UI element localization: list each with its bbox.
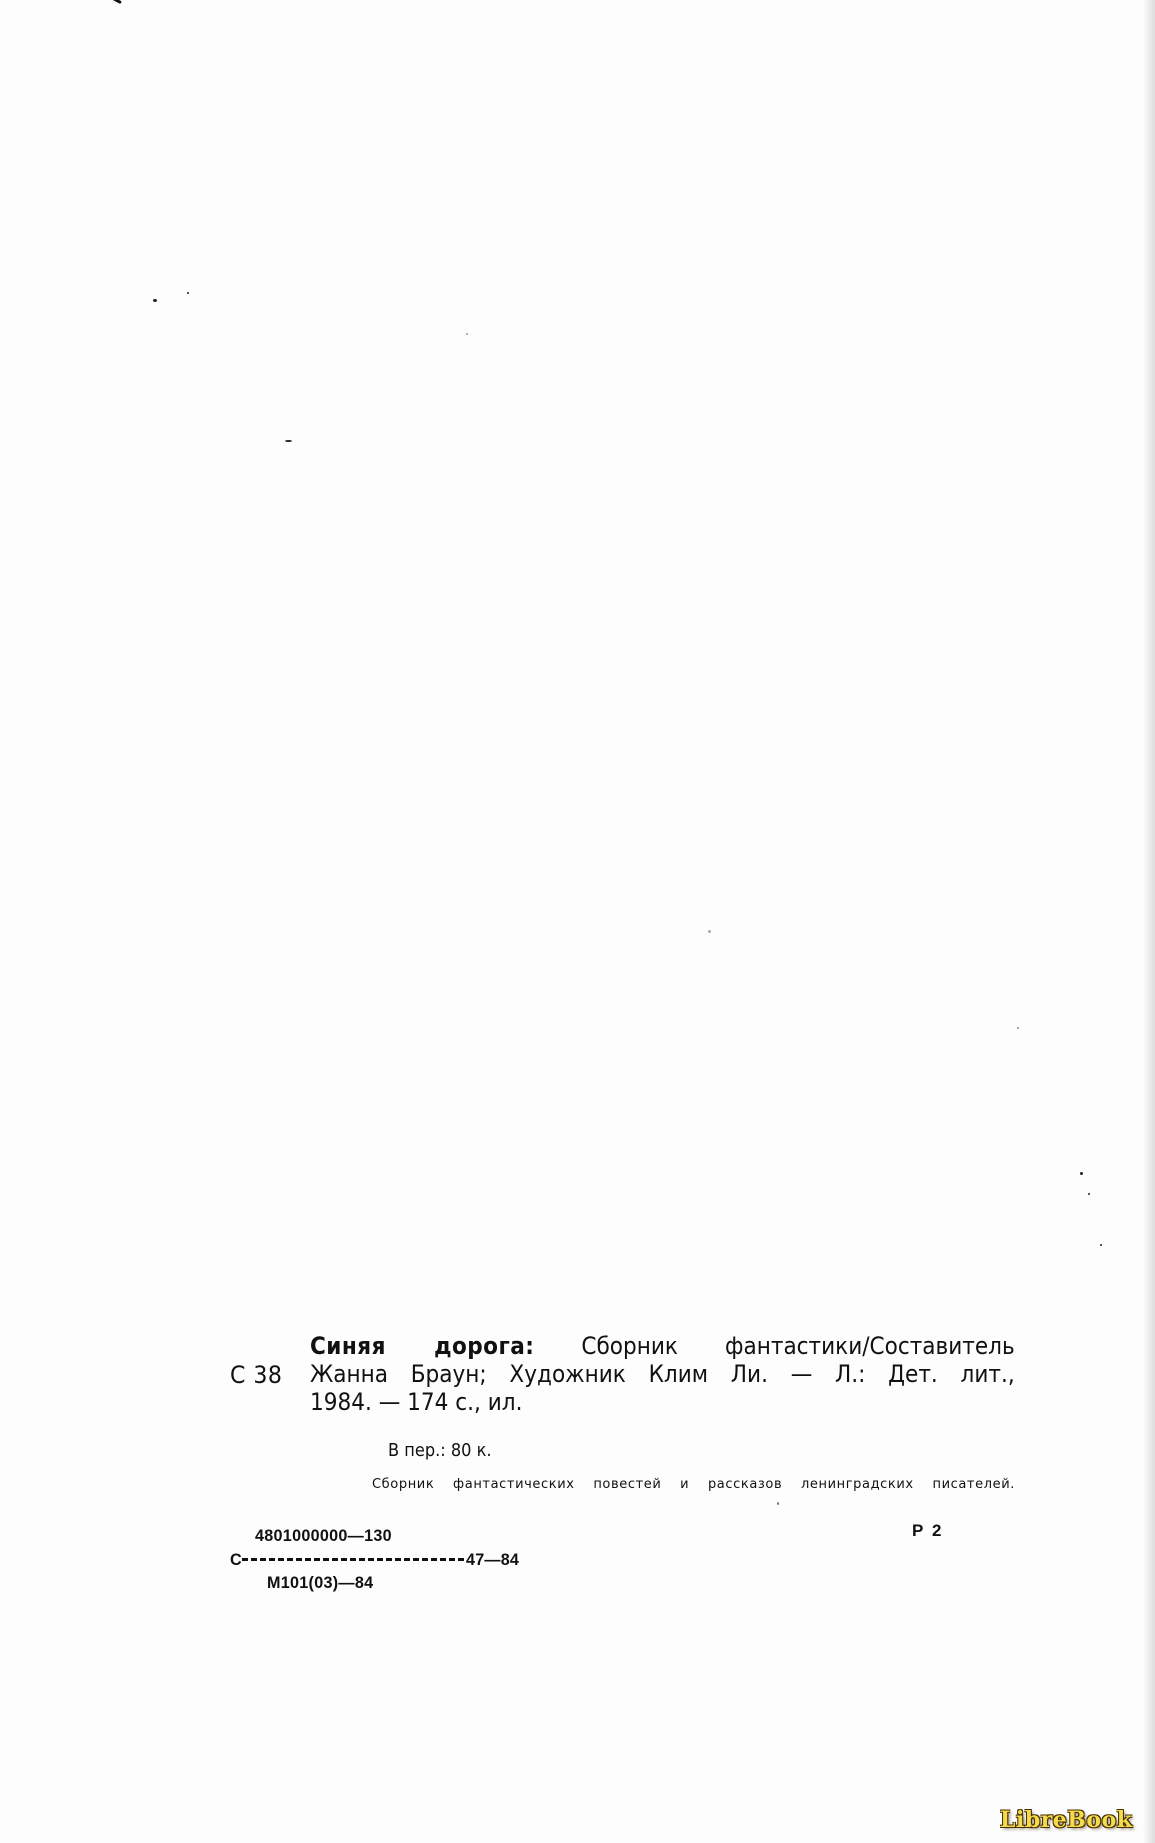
scan-speck <box>285 440 292 442</box>
imprint-line: 1984. — 174 с., ил. <box>310 1388 1015 1416</box>
code-prefix: С <box>230 1550 242 1569</box>
catalog-index: С 38 <box>230 1361 282 1389</box>
scan-speck <box>466 333 468 335</box>
librebook-watermark-logo: LibreBook <box>1000 1806 1132 1834</box>
scan-speck <box>1017 1027 1019 1029</box>
scan-speck <box>187 292 189 294</box>
code-suffix: 47—84 <box>466 1550 519 1569</box>
book-title: Синяя дорога: <box>310 1332 534 1360</box>
price: В пер.: 80 к. <box>388 1441 492 1461</box>
code-line-3: М101(03)—84 <box>267 1571 373 1594</box>
classification-code: Р 2 <box>912 1521 944 1541</box>
annotation: Сборник фантастических повестей и расска… <box>372 1477 1015 1493</box>
credits-line: Жанна Браун; Художник Клим Ли. — Л.: Дет… <box>310 1360 1015 1388</box>
scan-speck <box>777 1502 779 1505</box>
code-line-1: 4801000000—130 <box>255 1524 392 1547</box>
scan-speck <box>153 299 157 302</box>
scan-speck <box>1088 1193 1090 1195</box>
book-page: С 38 Синяя дорога: Сборник фантастики/Со… <box>0 0 1155 1843</box>
scan-speck <box>1080 1172 1083 1175</box>
scan-speck <box>1100 1244 1102 1246</box>
scan-speck <box>708 930 711 933</box>
page-edge-shadow <box>1143 0 1155 1843</box>
title-line: Синяя дорога: Сборник фантастики/Состави… <box>310 1332 1015 1360</box>
title-subtitle: Сборник фантастики/Составитель <box>534 1332 1014 1360</box>
bibliographic-description: Синяя дорога: Сборник фантастики/Состави… <box>310 1332 1015 1416</box>
scan-mark <box>108 0 122 4</box>
fraction-rule <box>242 1558 464 1561</box>
